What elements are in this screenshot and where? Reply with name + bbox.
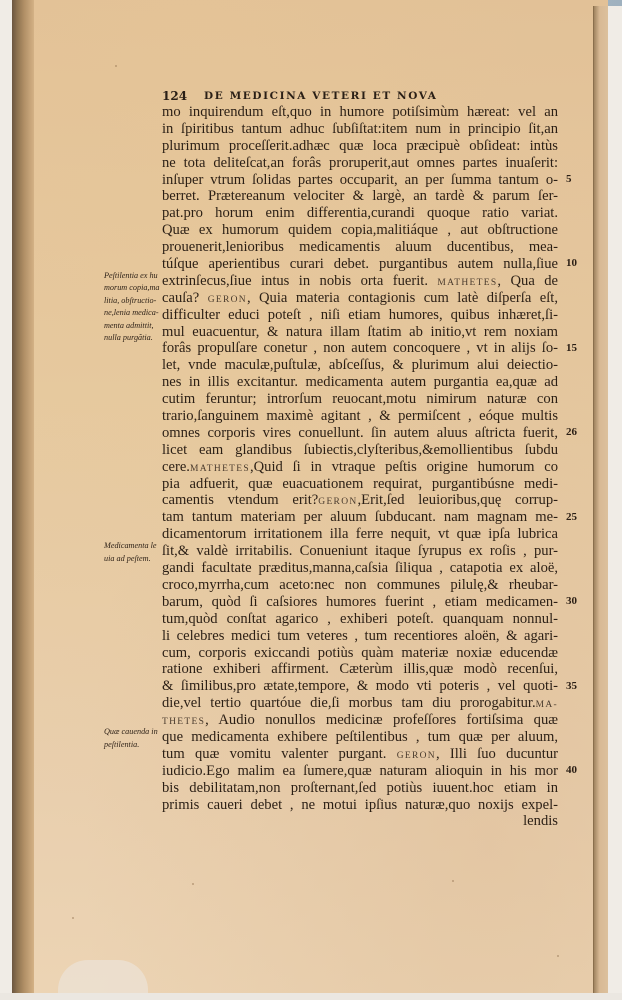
body-text: mo inquirendum eſt,quo in humore potiſsi… bbox=[162, 104, 558, 830]
text-line: iudicio.Ego malim ea ſumere,quæ naturam … bbox=[162, 763, 558, 780]
paper-speck bbox=[557, 955, 559, 957]
text-line: ratione exhiberi affirment. Cæterùm illi… bbox=[162, 661, 558, 678]
text-line: túſque aperientibus curari debet. purgan… bbox=[162, 256, 558, 273]
marginal-note-line: menta admittit, bbox=[104, 320, 168, 332]
marginal-note-line: ne,lenia medica- bbox=[104, 307, 168, 319]
line-number: 5 bbox=[566, 173, 572, 185]
text-line: cere.MATHETES,Quid ſi in vtraque peſtis … bbox=[162, 459, 558, 476]
text-line: cum, corporis exiccandi potiùs quàm mate… bbox=[162, 645, 558, 662]
text-segment: , Quia materia contagionis cum latè diſp… bbox=[247, 290, 558, 306]
scan-background: 124 DE MEDICINA VETERI ET NOVA mo inquir… bbox=[0, 0, 622, 1000]
thumb-shadow bbox=[58, 960, 148, 993]
speaker-name: GERON bbox=[208, 295, 247, 305]
text-line: extrinſecus,ſiue intus in nobis orta fue… bbox=[162, 273, 558, 290]
marginal-note-line: peſtilentia. bbox=[104, 739, 168, 751]
catchword: lendis bbox=[162, 813, 558, 830]
text-segment: extrinſecus,ſiue intus in nobis orta fue… bbox=[162, 273, 437, 289]
page-number: 124 bbox=[162, 89, 187, 103]
marginal-note-line: Quæ cauenda in bbox=[104, 726, 168, 738]
text-line: tam tantum materiam per aluum ſubducant.… bbox=[162, 509, 558, 526]
line-number: 10 bbox=[566, 257, 577, 269]
text-line: mo inquirendum eſt,quo in humore potiſsi… bbox=[162, 104, 558, 121]
marginal-note-line: uia ad peſtem. bbox=[104, 553, 168, 565]
text-line: li celebres medici tum veteres , tum rec… bbox=[162, 628, 558, 645]
text-line: dicamentorum irritationem illa ferre neq… bbox=[162, 526, 558, 543]
speaker-name: GERON bbox=[318, 497, 357, 507]
text-line: pat.pro horum enim differentia,curandi q… bbox=[162, 205, 558, 222]
line-number: 30 bbox=[566, 595, 577, 607]
text-line: que medicamenta exhibere peſtilentibus ,… bbox=[162, 729, 558, 746]
text-line: trario,ſanguinem maximè agitant , & perm… bbox=[162, 408, 558, 425]
text-line: ne tota deliteſcat,an forâs proruperit,a… bbox=[162, 155, 558, 172]
text-line: prouenerit,lenioribus medicamentis aluum… bbox=[162, 239, 558, 256]
marginal-note-line: Medicamenta le bbox=[104, 540, 168, 552]
line-number: 40 bbox=[566, 764, 577, 776]
text-segment: cere. bbox=[162, 459, 190, 475]
text-line: die,vel tertio quartóue die,ſi morbus ta… bbox=[162, 695, 558, 712]
marginal-note-line: morum copia,ma bbox=[104, 282, 168, 294]
text-line: THETES, Audio nonullos medicinæ profeſſo… bbox=[162, 712, 558, 729]
text-line: mul euacuentur, & natura illam ſtatim ab… bbox=[162, 324, 558, 341]
text-line: cauſa? GERON, Quia materia contagionis c… bbox=[162, 290, 558, 307]
text-line: ſit,& valdè irritabilis. Conueniunt itaq… bbox=[162, 543, 558, 560]
speaker-name: MA- bbox=[536, 700, 558, 710]
running-head-title: DE MEDICINA VETERI ET NOVA bbox=[204, 90, 437, 102]
text-line: bis debilitatam,non proſternant,ſed poti… bbox=[162, 780, 558, 797]
marginal-note-line: Peſtilentia ex hu bbox=[104, 270, 168, 282]
text-line: primis caueri debet , ne motui ipſius na… bbox=[162, 797, 558, 814]
text-segment: tum quæ vomitu valenter purgant. bbox=[162, 746, 397, 762]
text-line: licet eam glandibus ſubiectis,clyſteribu… bbox=[162, 442, 558, 459]
speaker-name: MATHETES bbox=[190, 464, 250, 474]
text-line: difficulter educi poteſt , niſi etiam hu… bbox=[162, 307, 558, 324]
text-line: tum quæ vomitu valenter purgant. GERON, … bbox=[162, 746, 558, 763]
line-number: 25 bbox=[566, 511, 577, 523]
line-number: 15 bbox=[566, 342, 577, 354]
marginal-note-pestilentia-ex-humorum: Peſtilentia ex humorum copia,malitia, ob… bbox=[104, 270, 168, 344]
marginal-note-quae-cauenda: Quæ cauenda inpeſtilentia. bbox=[104, 726, 168, 751]
speaker-name: THETES bbox=[162, 717, 205, 727]
page-edge-left bbox=[12, 0, 34, 993]
text-segment: cauſa? bbox=[162, 290, 208, 306]
text-line: let, vnde maculæ,puſtulæ, abſceſſus, & p… bbox=[162, 357, 558, 374]
text-line: inſuper vtrum ſolidas partes occuparit, … bbox=[162, 172, 558, 189]
text-line: in ſpiritibus tantum adhuc ſubſiſtat:ite… bbox=[162, 121, 558, 138]
text-segment: , Illi ſuo ducuntur bbox=[436, 746, 558, 762]
paper-speck bbox=[452, 880, 454, 882]
page-edge-right bbox=[593, 6, 608, 993]
paper-speck bbox=[115, 65, 117, 67]
text-line: camentis vtendum erit?GERON,Erit,ſed leu… bbox=[162, 492, 558, 509]
speaker-name: GERON bbox=[397, 751, 436, 761]
text-line: omnes corporis vires conuellunt. ſin aut… bbox=[162, 425, 558, 442]
text-line: nes in illis excitantur. medicamenta aut… bbox=[162, 374, 558, 391]
text-line: gandi facultate præditus,manna,caſsia ſi… bbox=[162, 560, 558, 577]
marginal-note-line: nulla purgãtia. bbox=[104, 332, 168, 344]
text-line: Quæ ex humorum quidem copia,malitiáque ,… bbox=[162, 222, 558, 239]
text-line: plurimum proceſſerit.adhæc quæ loca præc… bbox=[162, 138, 558, 155]
text-line: tum,quòd conſtat agarico , exhiberi pote… bbox=[162, 611, 558, 628]
line-number: 26 bbox=[566, 426, 577, 438]
text-segment: die,vel tertio quartóue die,ſi morbus ta… bbox=[162, 695, 536, 711]
bottom-edge bbox=[0, 993, 622, 1000]
marginal-note-medicamenta-lenia: Medicamenta leuia ad peſtem. bbox=[104, 540, 168, 565]
speaker-name: MATHETES bbox=[437, 278, 497, 288]
marginal-note-line: litia, obſtructio- bbox=[104, 295, 168, 307]
text-line: pia adfuerit, quæ euacuationem requirat,… bbox=[162, 476, 558, 493]
text-line: cutim feruntur; introrſum reuocant,motu … bbox=[162, 391, 558, 408]
text-segment: , Qua de bbox=[497, 273, 558, 289]
text-line: forâs propulſare conetur , non autem con… bbox=[162, 340, 558, 357]
text-segment: ,Quid ſi in vtraque peſtis origine humor… bbox=[250, 459, 558, 475]
text-line: croco,myrrha,cum aceto:nec non communes … bbox=[162, 577, 558, 594]
text-line: barum, quòd ſi caſsiores humores fuerint… bbox=[162, 594, 558, 611]
paper-speck bbox=[72, 917, 74, 919]
text-line: berret. Prætereanum velociter & largè, a… bbox=[162, 188, 558, 205]
paper-speck bbox=[192, 883, 194, 885]
line-number: 35 bbox=[566, 680, 577, 692]
text-segment: camentis vtendum erit? bbox=[162, 492, 318, 508]
text-segment: , Audio nonullos medicinæ profeſſores fo… bbox=[205, 712, 558, 728]
text-segment: ,Erit,ſed leuioribus,quę corrup- bbox=[358, 492, 558, 508]
text-line: & ſimilibus,pro ætate,tempore, & modo vt… bbox=[162, 678, 558, 695]
